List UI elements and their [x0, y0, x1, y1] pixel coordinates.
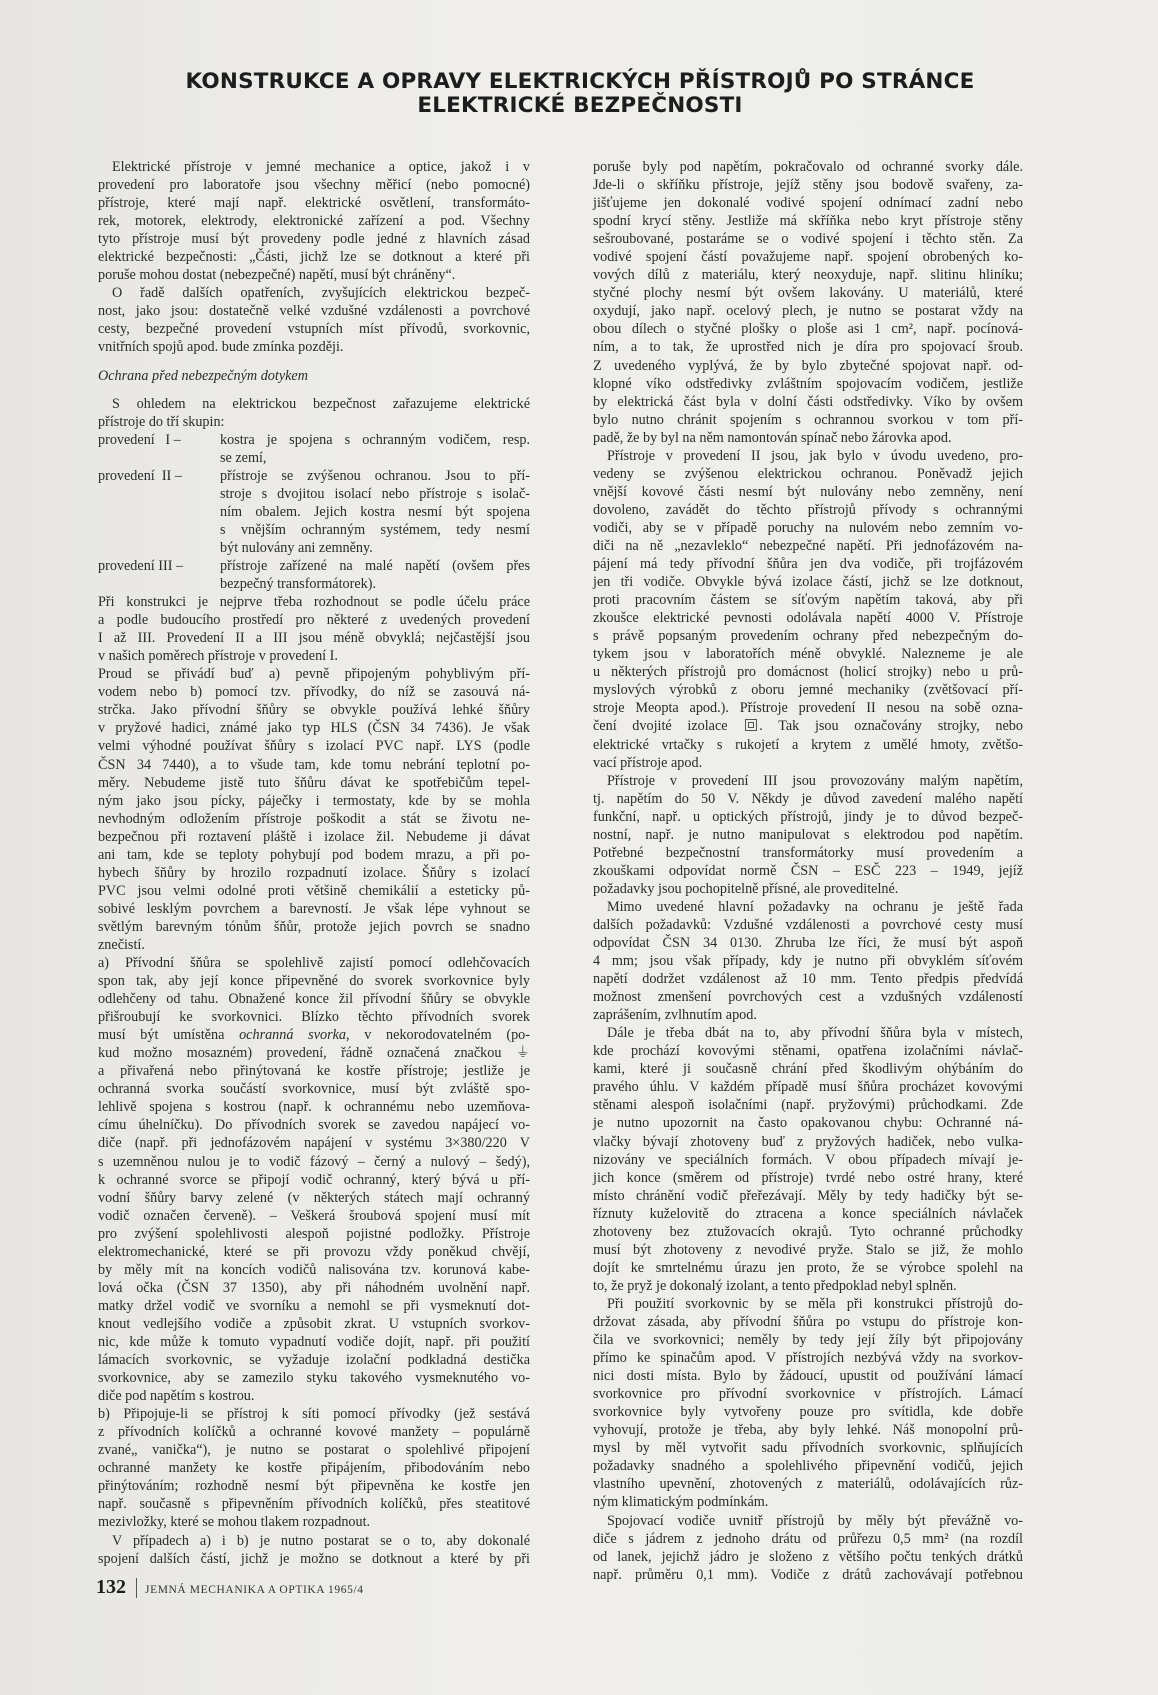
text-line: svorkovnice, aby se zamezilo styku takov… — [98, 1369, 530, 1387]
groups-list: provedení I –kostra je spojena s ochrann… — [98, 431, 530, 593]
text-line: diči na ně „nezavleklo“ nebezpečné napět… — [593, 537, 1023, 555]
text-line: dovoleno, zavádět do těchto přístrojů př… — [593, 501, 1023, 519]
text-line: svorkovnice pro přívodní svorkovnice v p… — [593, 1385, 1023, 1403]
text-line: vlačky bývají zhotoveny buď z pryžových … — [593, 1133, 1023, 1151]
text-line: ním obalem. Jejich kostra nesmí být spoj… — [220, 503, 530, 521]
text-line: jišťujeme jen dokonalé vodivé spojení od… — [593, 194, 1023, 212]
text-line: strčka. Jako přívodní šňůry se obvykle p… — [98, 701, 530, 719]
text-line: Jde-li o skříňku přístroje, jejíž stěny … — [593, 176, 1023, 194]
text-line: myslových výrobků z oboru jemné mechanik… — [593, 681, 1023, 699]
text-line: diče (např. při jednofázovém napájení v … — [98, 1134, 530, 1152]
text-line: odpovídat ČSN 34 0130. Zhruba lze říci, … — [593, 934, 1023, 952]
text-line: diče pod napětím s kostrou. — [98, 1387, 530, 1405]
text-line: b) Připojuje-li se přístroj k síti pomoc… — [98, 1405, 530, 1423]
text-line: pro zvýšení spolehlivosti alespoň pojist… — [98, 1225, 530, 1243]
text-line: stěnami alespoň isolačními (např. pryžov… — [593, 1096, 1023, 1114]
protection-class-label: provedení III – — [98, 557, 220, 593]
text-line: Potřebné bezpečnostní transformátorky mu… — [593, 844, 1023, 862]
text-line: musí být zhotoveny z nevodivé pryže. Sta… — [593, 1241, 1023, 1259]
text-line: od lanek, jejichž jádro je složeno z vět… — [593, 1548, 1023, 1566]
text-line: s právě popsaným provedením ochrany před… — [593, 627, 1023, 645]
text-line: nevhodným odložením přístroje poškodit a… — [98, 810, 530, 828]
footer-divider — [136, 1578, 137, 1598]
text-line: I až III. Provedení II a III jsou méně o… — [98, 629, 530, 647]
text-line: Elektrické přístroje v jemné mechanice a… — [98, 158, 530, 176]
text-line: nizovány ve speciálních formách. V obou … — [593, 1151, 1023, 1169]
text-line: zhotoveny bez ztužovacích okrajů. Tyto o… — [593, 1223, 1023, 1241]
text-line: čení dvojité izolace . Tak jsou označová… — [593, 717, 1023, 735]
text-line: vací přístroje apod. — [593, 754, 1023, 772]
protection-class-description: přístroje se zvýšenou ochranou. Jsou to … — [220, 467, 530, 557]
internal-wiring-paragraph: Spojovací vodiče uvnitř přístrojů by měl… — [593, 1512, 1023, 1584]
page-footer: 132 JEMNÁ MECHANIKA A OPTIKA 1965/4 — [96, 1576, 364, 1599]
text-line: bezpečnou při roztavení pláště i izolace… — [98, 828, 530, 846]
text-line: cesty, bezpečné provedení vstupních míst… — [98, 320, 530, 338]
text-line: držovat zásada, aby přívodní šňůra po vs… — [593, 1313, 1023, 1331]
text-line: ním, a to tak, že uprostřed nich je díra… — [593, 338, 1023, 356]
text-line: elektrické vrtačky s rukojetí a krytem z… — [593, 736, 1023, 754]
text-line: 4 mm; jsou však případy, kdy je nutno př… — [593, 952, 1023, 970]
text-line: by elektrická část byla v dolní části od… — [593, 393, 1023, 411]
text-line: rek, motorek, elektrody, elektronické za… — [98, 212, 530, 230]
right-column: poruše byly pod napětím, pokračovalo od … — [593, 158, 1023, 1584]
text-line: O řadě dalších opatřeních, zvyšujících e… — [98, 284, 530, 302]
class-iii-paragraph: Přístroje v provedení III jsou provozová… — [593, 772, 1023, 898]
text-line: vedeny se zvýšenou elektrickou ochranou.… — [593, 465, 1023, 483]
text-line: tykem jsou v laboratořích méně obvyklé. … — [593, 645, 1023, 663]
text-line: címu úhelníčku). Do přívodních svorek se… — [98, 1116, 530, 1134]
text-line: svorkovnice byly vytvořeny pouze pro sví… — [593, 1403, 1023, 1421]
text-line: proti pracovním částem se síťovým napětí… — [593, 591, 1023, 609]
text-line: přístroje do tří skupin: — [98, 413, 530, 431]
terminal-block-paragraph: Při použití svorkovnic by se měla při ko… — [593, 1295, 1023, 1512]
text-line: velmi výhodné používat šňůry s izolací P… — [98, 737, 530, 755]
text-line: Přístroje v provedení III jsou provozová… — [593, 772, 1023, 790]
title-line-1: KONSTRUKCE A OPRAVY ELEKTRICKÝCH PŘÍSTRO… — [120, 70, 1040, 94]
current-supply-paragraph: Proud se přivádí buď a) pevně připojeným… — [98, 665, 530, 954]
text-line: kde prochází kovovými stěnami, opatřena … — [593, 1042, 1023, 1060]
paragraph-a: a) Přívodní šňůra se spolehlivě zajistí … — [98, 954, 530, 1405]
text-line: knout vedlejšího vodiče a způsobit zkrat… — [98, 1315, 530, 1333]
text-line: V případech a) i b) je nutno postarat se… — [98, 1532, 530, 1550]
article-title: KONSTRUKCE A OPRAVY ELEKTRICKÝCH PŘÍSTRO… — [120, 70, 1040, 118]
protection-class-item: provedení I –kostra je spojena s ochrann… — [98, 431, 530, 467]
intro-paragraph: Elektrické přístroje v jemné mechanice a… — [98, 158, 530, 284]
text-line: ochranná svorka součástí svorkovnice, mu… — [98, 1080, 530, 1098]
text-line: a podle budoucího prostředí pro některé … — [98, 611, 530, 629]
text-line: hybech šňůry by hrozilo rozpadnutí izola… — [98, 864, 530, 882]
text-line: poruše byly pod napětím, pokračovalo od … — [593, 158, 1023, 176]
text-line: stroje Meopta apod.). Přístroje proveden… — [593, 699, 1023, 717]
text-line: pájení má tedy přívodní šňůra jen dva vo… — [593, 555, 1023, 573]
emphasis-text: ochranná svorka — [239, 1027, 346, 1043]
text-line: mezivložky, které se mohou tlakem rozpad… — [98, 1513, 530, 1531]
text-line: lehlivě spojena s kostrou (např. k ochra… — [98, 1098, 530, 1116]
text-line: např. současně s připevněním přívodních … — [98, 1495, 530, 1513]
text-line: dojít ke smrtelnému úrazu jen proto, že … — [593, 1259, 1023, 1277]
text-line: vnější kovové části nesmí být nulovány n… — [593, 483, 1023, 501]
text-line: spojení dalších částí, jichž je možno se… — [98, 1550, 530, 1568]
text-line: nici dosti místa. Bylo by žádoucí, upust… — [593, 1367, 1023, 1385]
clearances-paragraph: Mimo uvedené hlavní požadavky na ochranu… — [593, 898, 1023, 1024]
text-line: z přívodních kolíčků a ochranné kovové m… — [98, 1423, 530, 1441]
text-line: nic, kde může k tomuto vypadnutí vodiče … — [98, 1333, 530, 1351]
text-line: přístroje zařízené na malé napětí (ovšem… — [220, 557, 530, 575]
text-line: dalších požadavků: Vzdušné vzdálenosti a… — [593, 916, 1023, 934]
text-line: klopné víko odstředivky zvláštním spojov… — [593, 375, 1023, 393]
text-line: ným klimatickým podmínkám. — [593, 1493, 1023, 1511]
text-line: je nutno upozornit na často opakovanou c… — [593, 1114, 1023, 1132]
text-line: ochranné manžety ke kostře připájením, p… — [98, 1459, 530, 1477]
text-line: musí být umístěna ochranná svorka, v nek… — [98, 1026, 530, 1044]
text-line: ným jako jsou pícky, páječky i termostat… — [98, 792, 530, 810]
section-heading: Ochrana před nebezpečným dotykem — [98, 367, 530, 385]
text-line: požadavky snadného a spolehlivého připev… — [593, 1457, 1023, 1475]
text-line: jen tři vodiče. Obvykle bývá izolace čás… — [593, 573, 1023, 591]
text-line: Proud se přivádí buď a) pevně připojeným… — [98, 665, 530, 683]
construction-paragraph: Při konstrukci je nejprve třeba rozhodno… — [98, 593, 530, 665]
protection-class-description: přístroje zařízené na malé napětí (ovšem… — [220, 557, 530, 593]
protection-class-description: kostra je spojena s ochranným vodičem, r… — [220, 431, 530, 467]
text-line: sešroubované, postaráme se o vodivé spoj… — [593, 230, 1023, 248]
cord-bushing-paragraph: Dále je třeba dbát na to, aby přívodní š… — [593, 1024, 1023, 1295]
text-line: Přístroje v provedení II jsou, jak bylo … — [593, 447, 1023, 465]
text-line: kud možno mosazném) provedení, řádně ozn… — [98, 1044, 530, 1062]
text-line: Při použití svorkovnic by se měla při ko… — [593, 1295, 1023, 1313]
protection-class-label: provedení II – — [98, 467, 220, 557]
title-line-2: ELEKTRICKÉ BEZPEČNOSTI — [120, 94, 1040, 118]
text-line: to, že pryž je dokonalý izolant, a tento… — [593, 1277, 1023, 1295]
text-line: k ochranné svorce se připojí vodič ochra… — [98, 1171, 530, 1189]
left-column: Elektrické přístroje v jemné mechanice a… — [98, 158, 530, 1568]
text-line: obou dílech o styčné plošky o ploše asi … — [593, 320, 1023, 338]
text-line: požadavky jsou pochopitelně přísné, ale … — [593, 880, 1023, 898]
paragraph-b: b) Připojuje-li se přístroj k síti pomoc… — [98, 1405, 530, 1531]
text-line: možnost zmenšení povrchových cest a vzdu… — [593, 988, 1023, 1006]
text-line: vodiči, aby se v případě poruchy na nulo… — [593, 519, 1023, 537]
text-line: být nulovány ani zemněny. — [220, 539, 530, 557]
text-line: bezpečný transformátorek). — [220, 575, 530, 593]
paragraph-cases: V případech a) i b) je nutno postarat se… — [98, 1532, 530, 1568]
text-line: např. průměru 0,1 mm). Vodiče z drátů za… — [593, 1566, 1023, 1584]
text-line: jich konce (směrem od přístroje) tvrdé n… — [593, 1169, 1023, 1187]
continuation-paragraph: poruše byly pod napětím, pokračovalo od … — [593, 158, 1023, 447]
text-line: čila ve svorkovnici; neměly by tedy její… — [593, 1331, 1023, 1349]
text-line: elektromechanické, které se při provozu … — [98, 1243, 530, 1261]
text-line: tyto přístroje musí být provedeny podle … — [98, 230, 530, 248]
text-line: lámacích svorkovnic, se vyžaduje izolačn… — [98, 1351, 530, 1369]
text-line: znečistí. — [98, 936, 530, 954]
text-line: zvané„ vanička“), je nutno se postarat o… — [98, 1441, 530, 1459]
text-line: napětí dodržet vzdálenost až 10 mm. Tent… — [593, 970, 1023, 988]
text-line: vodní šňůry barvy zelené (v některých st… — [98, 1189, 530, 1207]
text-line: tj. napětím do 50 V. Někdy je důvod zave… — [593, 790, 1023, 808]
text-line: stroje s dvojitou isolací nebo přístroje… — [220, 485, 530, 503]
text-line: a přivařená nebo přinýtovaná ke kostře p… — [98, 1062, 530, 1080]
text-line: Mimo uvedené hlavní požadavky na ochranu… — [593, 898, 1023, 916]
text-line: vodivé spojení částí považujeme např. sp… — [593, 248, 1023, 266]
text-line: lová očka (ČSN 37 1350), aby při náhodné… — [98, 1279, 530, 1297]
text-line: by měly mít na koncích vodičů nalisována… — [98, 1261, 530, 1279]
text-line: vodič označen červeně). – Veškerá šroubo… — [98, 1207, 530, 1225]
text-line: kostra je spojena s ochranným vodičem, r… — [220, 431, 530, 449]
text-line: poruše mohou dostat (nebezpečné) napětí,… — [98, 266, 530, 284]
text-line: zkoušce elektrické pevnosti odolávala na… — [593, 609, 1023, 627]
text-line: vových dílů z materiálu, který neoxyduje… — [593, 266, 1023, 284]
text-line: vnitřních spojů apod. bude zmínka pozděj… — [98, 338, 530, 356]
document-page: KONSTRUKCE A OPRAVY ELEKTRICKÝCH PŘÍSTRO… — [0, 0, 1158, 1695]
text-line: provedení pro laboratoře jsou všechny mě… — [98, 176, 530, 194]
text-line: diče s jádrem z jednoho drátu od průřezu… — [593, 1530, 1023, 1548]
protection-class-label: provedení I – — [98, 431, 220, 467]
text-line: a) Přívodní šňůra se spolehlivě zajistí … — [98, 954, 530, 972]
journal-name: JEMNÁ MECHANIKA A OPTIKA 1965/4 — [145, 1584, 364, 1596]
double-insulation-symbol-icon — [745, 719, 757, 731]
text-line: nost, jako jsou: dostatečně velké vzdušn… — [98, 302, 530, 320]
text-line: zkouškami odpovídat normě ČSN – ESČ 223 … — [593, 862, 1023, 880]
text-line: nostní, např. je nutno manipulovat s ele… — [593, 826, 1023, 844]
protection-class-item: provedení II –přístroje se zvýšenou ochr… — [98, 467, 530, 557]
text-line: vodem nebo b) pomocí tzv. přívodky, do n… — [98, 683, 530, 701]
text-line: oxydují, jako např. ocelový plech, je nu… — [593, 302, 1023, 320]
text-line: Spojovací vodiče uvnitř přístrojů by měl… — [593, 1512, 1023, 1530]
groups-intro: S ohledem na elektrickou bezpečnost zařa… — [98, 395, 530, 431]
text-line: padě, že by byl na něm namontován spínač… — [593, 429, 1023, 447]
text-line: přímo ke spinačům apod. V přístrojích ne… — [593, 1349, 1023, 1367]
text-line: elektrické bezpečnosti: „Části, jichž lz… — [98, 248, 530, 266]
text-line: PVC jsou velmi odolné proti většině chem… — [98, 882, 530, 900]
text-line: v pryžové hadici, známé jako typ HLS (ČS… — [98, 719, 530, 737]
text-line: ani tam, kde se teploty pohybují pod bod… — [98, 846, 530, 864]
text-line: spon tak, aby její konce připevněné do s… — [98, 972, 530, 990]
text-line: říznuty kuželovitě do ztracena a konce s… — [593, 1205, 1023, 1223]
text-line: pravého úhlu. V každém případě musí šňůr… — [593, 1078, 1023, 1096]
text-line: vyhovují, protože je třeba, aby byly leh… — [593, 1421, 1023, 1439]
text-line: přístroje, které mají např. elektrické o… — [98, 194, 530, 212]
protection-class-item: provedení III –přístroje zařízené na mal… — [98, 557, 530, 593]
text-line: u některých přístrojů pro domácnost (hol… — [593, 663, 1023, 681]
text-line: Dále je třeba dbát na to, aby přívodní š… — [593, 1024, 1023, 1042]
text-line: funkční, např. u optických přístrojů, ji… — [593, 808, 1023, 826]
text-line: matky držel vodič ve svorníku a nemohl s… — [98, 1297, 530, 1315]
text-line: bylo nutno chránit spojením s ochrannou … — [593, 411, 1023, 429]
text-line: přišroubují ke svorkovnici. Blízko těcht… — [98, 1008, 530, 1026]
text-line: s uzemněnou nulou je to vodič fázový – č… — [98, 1153, 530, 1171]
text-line: světlým barevným tónům šňůr, protože jej… — [98, 918, 530, 936]
text-line: v našich poměrech přístroje v provedení … — [98, 647, 530, 665]
text-line: přinýtováním; rozhodně nesmí být připevn… — [98, 1477, 530, 1495]
text-line: S ohledem na elektrickou bezpečnost zařa… — [98, 395, 530, 413]
text-line: mysl by měl vytvořit sadu přívodních svo… — [593, 1439, 1023, 1457]
text-line: Z uvedeného vyplývá, že by bylo zbytečné… — [593, 357, 1023, 375]
text-line: kami, které ji současně chrání před škod… — [593, 1060, 1023, 1078]
text-line: místo chránění vodič přeřezávají. Měly b… — [593, 1187, 1023, 1205]
class-ii-paragraph: Přístroje v provedení II jsou, jak bylo … — [593, 447, 1023, 772]
text-line: odlehčeny od tahu. Obnažené konce žil př… — [98, 990, 530, 1008]
intro-paragraph-2: O řadě dalších opatřeních, zvyšujících e… — [98, 284, 530, 356]
text-line: přístroje se zvýšenou ochranou. Jsou to … — [220, 467, 530, 485]
text-line: sobivé lesklým povrchem a barevností. Je… — [98, 900, 530, 918]
text-line: ČSN 34 7440), a to všude tam, kde tomu n… — [98, 756, 530, 774]
text-line: Při konstrukci je nejprve třeba rozhodno… — [98, 593, 530, 611]
text-line: měry. Nebudeme jistě tuto šňůru dávat ke… — [98, 774, 530, 792]
text-line: se zemí, — [220, 449, 530, 467]
page-number: 132 — [96, 1576, 126, 1599]
text-line: zaprášením, zvlhnutím apod. — [593, 1006, 1023, 1024]
text-line: styčné plochy nesmí být ovšem lakovány. … — [593, 284, 1023, 302]
text-line: spodní krycí stěny. Jestliže má skříňka … — [593, 212, 1023, 230]
text-line: s vnějším ochranným systémem, tedy nesmí — [220, 521, 530, 539]
text-line: vlastního upevnění, zhotovených z materi… — [593, 1475, 1023, 1493]
